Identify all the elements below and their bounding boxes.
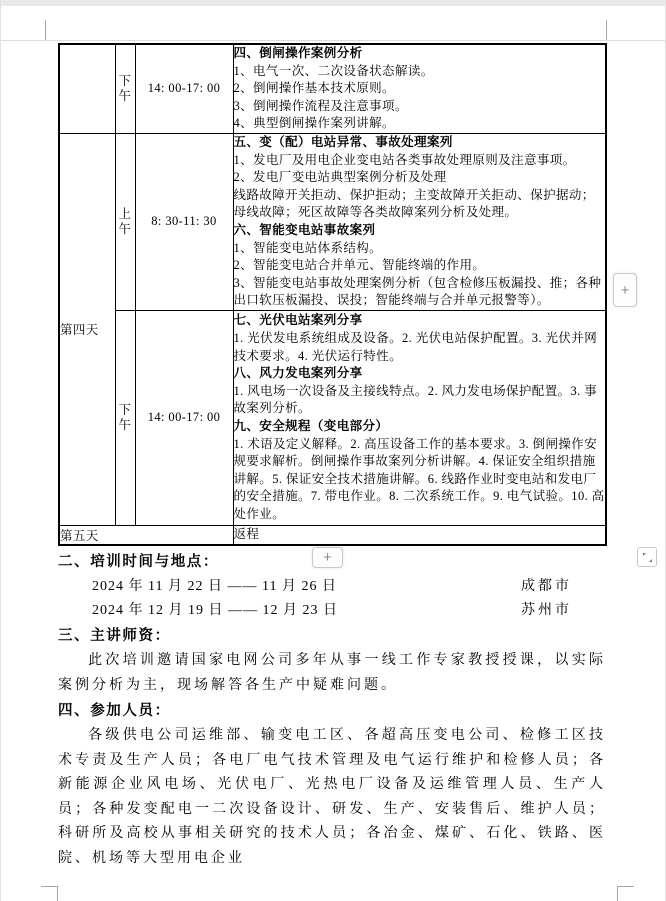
course-section-title: 九、安全规程（变电部分） (234, 418, 606, 436)
course-item: 1、发电厂及用电企业变电站各类事故处理原则及注意事项。 (234, 152, 606, 170)
course-item: 1. 术语及定义解释。2. 高压设备工作的基本要求。3. 倒闸操作安规要求解析。… (234, 436, 606, 524)
course-section-title: 六、智能变电站事故案列 (234, 222, 606, 240)
ampm-cell: 下午 (115, 44, 135, 133)
course-item: 3、倒闸操作流程及注意事项。 (234, 98, 606, 116)
day-cell: 第五天 (59, 525, 233, 545)
text-boundary-line (1, 40, 666, 41)
course-item: 3、智能变电站事故处理案例分析（包含检修压板漏投、推；各种出口软压板漏投、误投；… (234, 275, 606, 310)
crop-mark-bottom-left-v (57, 886, 58, 901)
course-section-title: 四、倒闸操作案例分析 (234, 45, 606, 63)
course-item: 2、智能变电站合并单元、智能终端的作用。 (234, 257, 606, 275)
crop-mark-bottom-right-v (617, 886, 618, 901)
insert-row-button[interactable]: + (613, 273, 637, 307)
participants-paragraph: 各级供电公司运维部、输变电工区、各超高压变电公司、检修工区技术专责及生产人员；各… (58, 724, 606, 871)
diagonal-resize-icon (642, 552, 653, 563)
table-resize-button[interactable] (637, 547, 657, 567)
plus-icon: + (323, 550, 332, 565)
day-cell (59, 44, 115, 133)
training-schedule-table: 下午 14: 00-17: 00 四、倒闸操作案例分析1、电气一次、二次设备状态… (58, 43, 607, 546)
city-label: 苏州市 (521, 599, 572, 623)
course-item: 返程 (234, 526, 606, 543)
content-cell: 四、倒闸操作案例分析1、电气一次、二次设备状态解读。2、倒闸操作基本技术原则。3… (233, 44, 606, 133)
date-range: 2024 年 11 月 22 日 ―― 11 月 26 日 (92, 579, 337, 594)
document-page: 下午 14: 00-17: 00 四、倒闸操作案例分析1、电气一次、二次设备状态… (0, 0, 666, 901)
course-item: 1、智能变电站体系结构。 (234, 240, 606, 258)
table-row: 第四天 上午 8: 30-11: 30 五、变（配）电站异常、事故处理案列1、发… (59, 133, 606, 310)
training-date-line: 2024 年 12 月 19 日 ―― 12 月 23 日 苏州市 (58, 599, 606, 623)
time-cell: 8: 30-11: 30 (135, 133, 233, 310)
page-gap-strip (1, 0, 666, 6)
date-range: 2024 年 12 月 19 日 ―― 12 月 23 日 (92, 603, 338, 618)
table-row: 下午 14: 00-17: 00 四、倒闸操作案例分析1、电气一次、二次设备状态… (59, 44, 606, 133)
lower-sections: 二、培训时间与地点： 2024 年 11 月 22 日 ―― 11 月 26 日… (58, 549, 606, 871)
course-item: 2、倒闸操作基本技术原则。 (234, 80, 606, 98)
ampm-cell: 下午 (115, 310, 135, 525)
course-item: 1. 光伏发电系统组成及设备。2. 光伏电站保护配置。3. 光伏并网技术要求。4… (234, 330, 606, 365)
course-section-title: 五、变（配）电站异常、事故处理案列 (234, 134, 606, 152)
course-item: 4、典型倒闸操作案列讲解。 (234, 115, 606, 133)
crop-mark-bottom-left (41, 886, 58, 887)
ampm-cell: 上午 (115, 133, 135, 310)
training-date-line: 2024 年 11 月 22 日 ―― 11 月 26 日 成都市 (58, 575, 606, 599)
content-cell: 五、变（配）电站异常、事故处理案列1、发电厂及用电企业变电站各类事故处理原则及注… (233, 133, 606, 310)
insert-content-button[interactable]: + (312, 547, 343, 568)
time-cell: 14: 00-17: 00 (135, 44, 233, 133)
crop-mark-top-left (45, 20, 46, 40)
course-section-title: 八、风力发电案列分享 (234, 365, 606, 383)
table-row: 第五天 返程 (59, 525, 606, 545)
content-cell: 七、光伏电站案列分享1. 光伏发电系统组成及设备。2. 光伏电站保护配置。3. … (233, 310, 606, 525)
course-item: 1. 风电场一次设备及主接线特点。2. 风力发电场保护配置。3. 事故案列分析。 (234, 383, 606, 418)
time-cell: 14: 00-17: 00 (135, 310, 233, 525)
crop-mark-bottom-right (617, 886, 634, 887)
crop-mark-top-right (606, 20, 607, 40)
course-section-title: 七、光伏电站案列分享 (234, 312, 606, 330)
section-heading-participants: 四、参加人员： (58, 698, 606, 724)
plus-icon: + (621, 283, 630, 298)
content-cell: 返程 (233, 525, 606, 545)
lecturers-paragraph: 此次培训邀请国家电网公司多年从事一线工作专家教授授课，以实际案例分析为主，现场解… (58, 649, 606, 698)
section-heading-lecturers: 三、主讲师资： (58, 623, 606, 649)
day-cell: 第四天 (59, 133, 115, 525)
course-item: 2、发电厂变电站典型案例分析及处理 (234, 169, 606, 187)
course-item: 1、电气一次、二次设备状态解读。 (234, 63, 606, 81)
table-row: 下午 14: 00-17: 00 七、光伏电站案列分享1. 光伏发电系统组成及设… (59, 310, 606, 525)
course-item: 线路故障开关拒动、保护拒动；主变故障开关拒动、保护据动；母线故障；死区故障等各类… (234, 187, 606, 222)
city-label: 成都市 (521, 575, 572, 599)
